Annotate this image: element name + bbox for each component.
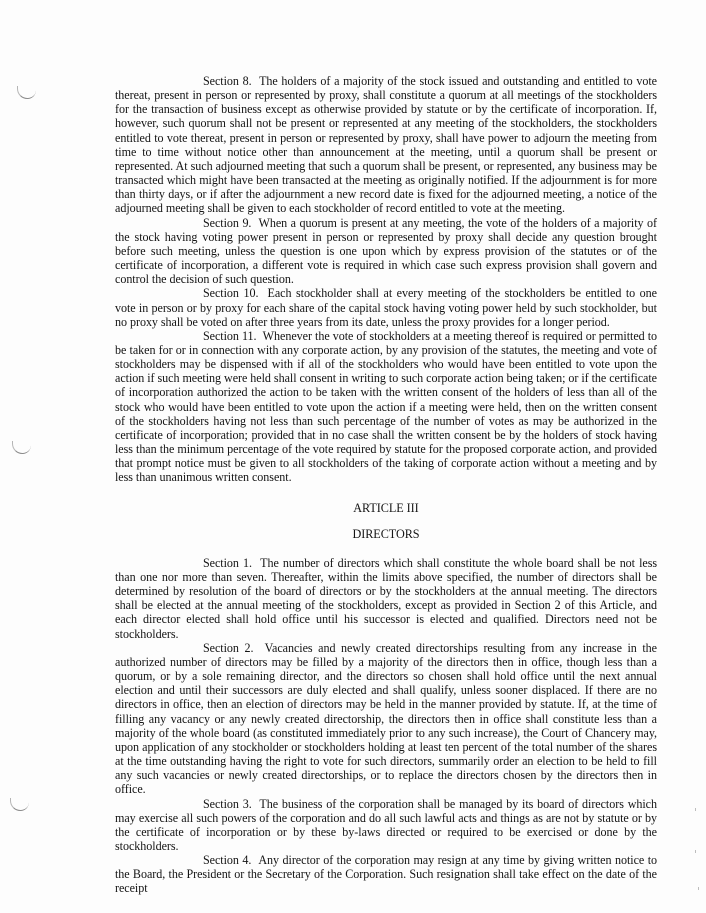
scan-artifact: [695, 850, 696, 853]
section-label: Section 10.: [203, 286, 258, 300]
article-title: DIRECTORS: [115, 527, 657, 541]
hole-punch-mark: [12, 441, 31, 454]
section-label: Section 2.: [203, 641, 253, 655]
scanned-page: Section 8. The holders of a majority of …: [0, 0, 706, 913]
hole-punch-mark: [17, 86, 36, 99]
scan-artifact: [698, 887, 699, 890]
section-text: The business of the corporation shall be…: [115, 797, 657, 853]
scan-artifact: [695, 808, 696, 811]
directors-section-1-paragraph: Section 1. The number of directors which…: [115, 556, 657, 641]
section-label: Section 9.: [203, 216, 251, 230]
hole-punch-mark: [10, 798, 29, 811]
section-text: The holders of a majority of the stock i…: [115, 74, 657, 215]
section-9-paragraph: Section 9. When a quorum is present at a…: [115, 216, 657, 287]
section-text: The number of directors which shall cons…: [115, 556, 657, 641]
section-10-paragraph: Section 10. Each stockholder shall at ev…: [115, 286, 657, 328]
section-label: Section 11.: [203, 329, 257, 343]
section-text: Whenever the vote of stockholders at a m…: [115, 329, 657, 485]
section-text: When a quorum is present at any meeting,…: [115, 216, 657, 287]
section-11-paragraph: Section 11. Whenever the vote of stockho…: [115, 329, 657, 485]
article-heading: ARTICLE III: [115, 501, 657, 515]
section-text: Vacancies and newly created directorship…: [115, 641, 657, 797]
section-label: Section 4.: [203, 853, 251, 867]
document-body: Section 8. The holders of a majority of …: [115, 74, 657, 896]
section-text: Any director of the corporation may resi…: [115, 853, 657, 895]
directors-section-4-paragraph: Section 4. Any director of the corporati…: [115, 853, 657, 895]
directors-section-2-paragraph: Section 2. Vacancies and newly created d…: [115, 641, 657, 797]
section-text: Each stockholder shall at every meeting …: [115, 286, 657, 328]
section-label: Section 3.: [203, 797, 252, 811]
section-label: Section 8.: [203, 74, 252, 88]
section-label: Section 1.: [203, 556, 252, 570]
directors-section-3-paragraph: Section 3. The business of the corporati…: [115, 797, 657, 854]
section-8-paragraph: Section 8. The holders of a majority of …: [115, 74, 657, 216]
